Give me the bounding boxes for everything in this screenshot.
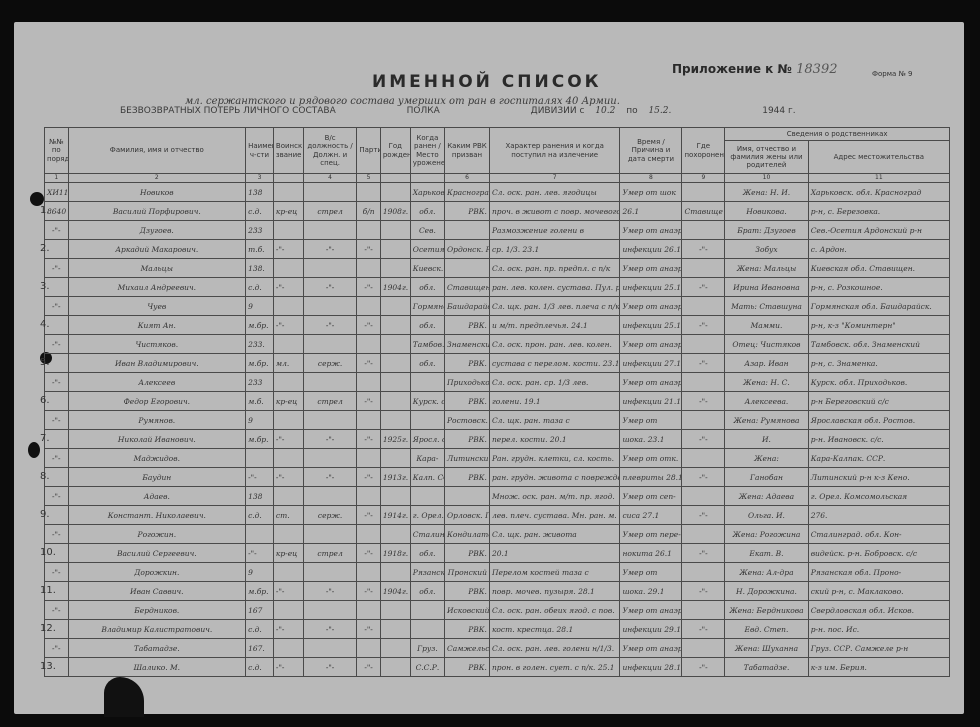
table-cell: -"- xyxy=(303,582,356,601)
table-cell: Мать: Ставшуна xyxy=(725,297,808,316)
table-cell: -"- xyxy=(303,316,356,335)
table-cell: инфекции 25.1 xyxy=(620,316,682,335)
table-cell xyxy=(273,411,303,430)
table-cell: Груз. ССР. Самжеле р-н xyxy=(808,639,949,658)
table-cell: ХИ1112 xyxy=(45,183,69,202)
table-cell: Умер от анаэр. xyxy=(620,297,682,316)
table-cell: шока. 29.1 xyxy=(620,582,682,601)
table-row: Иван Саввич.м.бр.-"--"--"-1904г.обл.РВК.… xyxy=(45,582,950,601)
table-cell: стрел xyxy=(303,544,356,563)
table-cell: Отец: Чистяков xyxy=(725,335,808,354)
punch-hole xyxy=(28,442,40,458)
table-cell: -"- xyxy=(45,525,69,544)
table-cell: -"- xyxy=(45,601,69,620)
table-cell: Жена: Шуханна xyxy=(725,639,808,658)
table-cell xyxy=(357,297,381,316)
table-cell: 26.1 xyxy=(620,202,682,221)
table-cell: 1918г. xyxy=(380,544,410,563)
table-cell: -"- xyxy=(273,430,303,449)
table-cell xyxy=(380,601,410,620)
table-cell xyxy=(380,297,410,316)
table-cell: -"- xyxy=(357,658,381,677)
table-cell: 9 xyxy=(246,297,274,316)
table-cell xyxy=(380,392,410,411)
annex-number: 18392 xyxy=(796,62,837,77)
col-header: Наимен. ч-сти xyxy=(246,128,274,174)
table-cell: Зобух xyxy=(725,240,808,259)
table-cell: -"- xyxy=(45,335,69,354)
col-header: №№ по порядку xyxy=(45,128,69,174)
table-cell: Брат: Дзугоев xyxy=(725,221,808,240)
table-cell: Умер от анаэр. xyxy=(620,373,682,392)
relatives-header: Сведения о родственниках xyxy=(725,128,950,141)
table-cell: инфекции 26.1 xyxy=(620,240,682,259)
table-cell: -"- xyxy=(246,468,274,487)
table-cell: кр-ец xyxy=(273,392,303,411)
table-cell: -"- xyxy=(682,354,725,373)
table-cell: м.бр. xyxy=(246,316,274,335)
table-cell: -"- xyxy=(357,506,381,525)
table-row: Кият Ан.м.бр.-"--"--"-обл.РВК.и м/т. пре… xyxy=(45,316,950,335)
table-cell: Сл. оск. ран. лев. голени н/1/3. xyxy=(489,639,620,658)
col-header: Воинск. звание xyxy=(273,128,303,174)
table-row: Иван Владимирович.м.бр.мл.серж.-"-обл.РВ… xyxy=(45,354,950,373)
table-row: -"-Бердников.167ИсковскийСл. оск. ран. о… xyxy=(45,601,950,620)
page-title: ИМЕННОЙ СПИСОК xyxy=(372,72,602,92)
table-cell xyxy=(273,335,303,354)
table-cell: плевриты 28.1 xyxy=(620,468,682,487)
col-header: Партийн. xyxy=(357,128,381,174)
table-cell: Иван Саввич. xyxy=(68,582,246,601)
table-cell: р-н, с. Знаменка. xyxy=(808,354,949,373)
table-cell: Красноград xyxy=(445,183,490,202)
table-cell: 1913г. xyxy=(380,468,410,487)
table-cell xyxy=(303,525,356,544)
table-cell: Самжельск. xyxy=(445,639,490,658)
table-row: -"-Мальцы138.Киевск.Сл. оск. ран. пр. пр… xyxy=(45,259,950,278)
table-cell: Сл. оск. ран. лев. ягодицы xyxy=(489,183,620,202)
table-row: Шалико. М.с.д.-"--"--"-С.С.Р.РВК.прон. в… xyxy=(45,658,950,677)
table-row: 8640Василий Порфирович.с.д.кр-ецстрелб/п… xyxy=(45,202,950,221)
table-cell: Дзугоев. xyxy=(68,221,246,240)
table-cell: -"- xyxy=(45,259,69,278)
table-cell xyxy=(380,411,410,430)
table-cell: И. xyxy=(725,430,808,449)
table-cell: 1904г. xyxy=(380,278,410,297)
table-cell: инфекции 28.1 xyxy=(620,658,682,677)
table-cell: видейск. р-н. Бобровск. с/с xyxy=(808,544,949,563)
table-cell xyxy=(357,259,381,278)
table-cell: -"- xyxy=(357,544,381,563)
table-cell: РВК. xyxy=(445,392,490,411)
table-cell: 233 xyxy=(246,373,274,392)
table-cell xyxy=(682,335,725,354)
table-cell xyxy=(380,240,410,259)
table-cell: голени. 19.1 xyxy=(489,392,620,411)
table-cell: Федор Егорович. xyxy=(68,392,246,411)
table-cell xyxy=(303,373,356,392)
table-cell xyxy=(682,449,725,468)
table-cell: Умер от шок xyxy=(620,183,682,202)
col-header: Каким РВК призван xyxy=(445,128,490,174)
table-cell xyxy=(357,335,381,354)
table-cell: проч. в живот с повр. мочевого xyxy=(489,202,620,221)
table-cell: Пронский xyxy=(445,563,490,582)
table-cell: -"- xyxy=(357,240,381,259)
table-cell: -"- xyxy=(682,620,725,639)
table-cell: -"- xyxy=(303,620,356,639)
table-cell: с.д. xyxy=(246,202,274,221)
table-cell: Перелом костей таза с xyxy=(489,563,620,582)
table-cell: Мальцы xyxy=(68,259,246,278)
table-cell xyxy=(682,411,725,430)
table-cell xyxy=(357,639,381,658)
table-cell xyxy=(682,297,725,316)
col-header: Время / Причина и дата смерти xyxy=(620,128,682,174)
table-cell: 20.1 xyxy=(489,544,620,563)
table-cell: Жена: Н. С. xyxy=(725,373,808,392)
table-cell: р-н Береговский с/с xyxy=(808,392,949,411)
table-cell: Харьков xyxy=(410,183,444,202)
table-row: Констант. Николаевич.с.д.ст.серж.-"-1914… xyxy=(45,506,950,525)
table-cell: -"- xyxy=(357,392,381,411)
table-cell: -"- xyxy=(682,278,725,297)
table-cell: -"- xyxy=(273,620,303,639)
col-header: Имя, отчество и фамилия жены или родител… xyxy=(725,141,808,174)
table-cell: Жена: Румянова xyxy=(725,411,808,430)
table-row: Николай Иванович.м.бр.-"--"--"-1925г.Яро… xyxy=(45,430,950,449)
table-row: -"-Табатадзе.167.Груз.Самжельск.Сл. оск.… xyxy=(45,639,950,658)
table-cell: 9 xyxy=(246,411,274,430)
table-cell: Аркадий Макарович. xyxy=(68,240,246,259)
table-cell: Ганобан xyxy=(725,468,808,487)
punch-hole xyxy=(30,192,44,206)
table-cell xyxy=(380,639,410,658)
table-cell: -"- xyxy=(273,582,303,601)
table-cell xyxy=(273,487,303,506)
table-cell xyxy=(682,183,725,202)
table-cell: Евд. Степ. xyxy=(725,620,808,639)
table-cell: Жена: Бердникова xyxy=(725,601,808,620)
annex-stamp: Приложение к № 18392 xyxy=(672,62,837,77)
row-number: 1. xyxy=(40,205,50,216)
table-cell: Кият Ан. xyxy=(68,316,246,335)
table-cell: Маджидов. xyxy=(68,449,246,468)
table-cell xyxy=(357,487,381,506)
table-cell: Владимир Калистратович. xyxy=(68,620,246,639)
table-cell xyxy=(303,297,356,316)
table-cell: Екат. В. xyxy=(725,544,808,563)
table-cell: обл. xyxy=(410,544,444,563)
table-cell: -"- xyxy=(45,411,69,430)
table-cell: р-н, с. Березовка. xyxy=(808,202,949,221)
table-cell: Умер от пере- xyxy=(620,525,682,544)
table-cell: обл. xyxy=(410,354,444,373)
table-cell xyxy=(303,335,356,354)
table-cell: 138. xyxy=(246,259,274,278)
table-cell: Сл. оск. ран. пр. предпл. с п/к xyxy=(489,259,620,278)
table-row: -"-Дорожкин.9Рязанск.ПронскийПерелом кос… xyxy=(45,563,950,582)
table-cell: повр. мочев. пузыря. 28.1 xyxy=(489,582,620,601)
table-cell: Размозжение голени в xyxy=(489,221,620,240)
table-row: Федор Егорович.м.б.кр-ецстрел-"-Курск. о… xyxy=(45,392,950,411)
table-cell: -"- xyxy=(682,430,725,449)
table-row: -"-Рогожин.Сталингр.КондилатскийСл. щк. … xyxy=(45,525,950,544)
table-cell: Орловск. ГВК xyxy=(445,506,490,525)
row-number: 12. xyxy=(40,623,56,634)
table-cell xyxy=(682,373,725,392)
table-cell: Ярославская обл. Ростов. xyxy=(808,411,949,430)
table-cell: -"- xyxy=(303,278,356,297)
table-row: ХИ1112Новиков138ХарьковКрасноградСл. оск… xyxy=(45,183,950,202)
row-number: 7. xyxy=(40,433,50,444)
table-cell xyxy=(273,259,303,278)
table-cell: -"- xyxy=(273,240,303,259)
table-cell xyxy=(273,601,303,620)
table-cell: -"- xyxy=(357,354,381,373)
table-cell: Курск. обл. xyxy=(410,392,444,411)
table-cell: инфекции 25.1 xyxy=(620,278,682,297)
table-cell: Ирина Ивановна xyxy=(725,278,808,297)
table-cell: Умер от xyxy=(620,411,682,430)
table-cell xyxy=(682,563,725,582)
table-cell: Свердловская обл. Исков. xyxy=(808,601,949,620)
table-cell: Харьковск. обл. Красноград xyxy=(808,183,949,202)
table-cell: Литинский xyxy=(445,449,490,468)
table-cell: м.бр. xyxy=(246,582,274,601)
table-cell: Ставищен.-"- xyxy=(445,278,490,297)
table-cell xyxy=(357,221,381,240)
table-cell: Литинский р-н к-з Кено. xyxy=(808,468,949,487)
col-header: Фамилия, имя и отчество xyxy=(68,128,246,174)
table-cell: -"- xyxy=(45,563,69,582)
table-cell xyxy=(357,373,381,392)
table-cell: -"- xyxy=(45,487,69,506)
table-row: -"-Адаев.138Множ. оск. ран. м/т. пр. яго… xyxy=(45,487,950,506)
col-header: Год рождения xyxy=(380,128,410,174)
table-cell: -"- xyxy=(45,639,69,658)
table-cell xyxy=(410,373,444,392)
table-cell: Рязанская обл. Проно- xyxy=(808,563,949,582)
table-cell: Рогожин. xyxy=(68,525,246,544)
table-cell: ран. грудн. живота с повреждением. 27.1 xyxy=(489,468,620,487)
table-cell: Сл. оск. ран. обеих ягод. с пов. xyxy=(489,601,620,620)
table-row: Владимир Калистратович.с.д.-"--"--"-РВК.… xyxy=(45,620,950,639)
table-cell: Жена: Н. И. xyxy=(725,183,808,202)
table-cell: -"- xyxy=(45,297,69,316)
table-cell: с.д. xyxy=(246,658,274,677)
table-cell xyxy=(380,335,410,354)
table-cell: Баудин xyxy=(68,468,246,487)
table-cell: Кара-Калпак. ССР. xyxy=(808,449,949,468)
table-cell: РВК. xyxy=(445,658,490,677)
table-cell xyxy=(303,411,356,430)
table-cell: г. Орел. xyxy=(410,506,444,525)
table-cell xyxy=(682,525,725,544)
table-cell: Дорожкин. xyxy=(68,563,246,582)
table-cell xyxy=(357,563,381,582)
table-cell: Гормянск. xyxy=(410,297,444,316)
table-cell xyxy=(380,354,410,373)
table-cell: р-н, к-з "Коминтерн" xyxy=(808,316,949,335)
table-cell: Новиков xyxy=(68,183,246,202)
col-header: Когда ранен / Место уроженец xyxy=(410,128,444,174)
table-cell: и м/т. предплечья. 24.1 xyxy=(489,316,620,335)
table-cell: РВК. xyxy=(445,544,490,563)
table-cell xyxy=(410,620,444,639)
table-cell: Умер от анаэр. xyxy=(620,259,682,278)
table-cell: инфекции 21.1 xyxy=(620,392,682,411)
table-cell xyxy=(357,449,381,468)
table-cell: Сталингр. xyxy=(410,525,444,544)
table-cell: -"- xyxy=(357,582,381,601)
table-cell: Осетия xyxy=(410,240,444,259)
table-cell: Киевская обл. Ставищен. xyxy=(808,259,949,278)
table-cell: Адаев. xyxy=(68,487,246,506)
table-cell xyxy=(380,259,410,278)
row-number: 2. xyxy=(40,243,50,254)
table-cell: инфекции 27.1 xyxy=(620,354,682,373)
table-cell: Ростовск. xyxy=(445,411,490,430)
table-cell: Ольга. И. xyxy=(725,506,808,525)
table-cell: Жена: Ал-дра xyxy=(725,563,808,582)
table-cell: р-н. пос. Ис. xyxy=(808,620,949,639)
table-cell: сустава с перелом. кости. 23.1 xyxy=(489,354,620,373)
row-number: 8. xyxy=(40,471,50,482)
table-cell: Мамми. xyxy=(725,316,808,335)
table-cell: -"- xyxy=(303,658,356,677)
table-cell xyxy=(303,601,356,620)
table-cell: 138 xyxy=(246,183,274,202)
table-cell: шока. 23.1 xyxy=(620,430,682,449)
table-row: -"-Румянов.9Ростовск.Сл. щк. ран. таза с… xyxy=(45,411,950,430)
table-cell: Знаменский xyxy=(445,335,490,354)
torn-edge xyxy=(104,677,144,717)
table-cell: стрел xyxy=(303,392,356,411)
table-cell: Сл. щк. ран. таза с xyxy=(489,411,620,430)
table-cell: РВК. xyxy=(445,354,490,373)
table-cell xyxy=(380,449,410,468)
row-number: 5. xyxy=(40,357,50,368)
table-cell: -"- xyxy=(682,658,725,677)
table-cell xyxy=(380,316,410,335)
table-cell xyxy=(246,525,274,544)
table-cell: -"- xyxy=(45,221,69,240)
table-cell: Ран. грудн. клетки, сл. кость. xyxy=(489,449,620,468)
table-cell: 233. xyxy=(246,335,274,354)
table-row: Михаил Андреевич.с.д.-"--"--"-1904г.обл.… xyxy=(45,278,950,297)
table-cell: Груз. xyxy=(410,639,444,658)
table-cell: Жена: Рогожина xyxy=(725,525,808,544)
table-cell: ст. xyxy=(273,506,303,525)
table-cell: Исковский xyxy=(445,601,490,620)
table-cell: Михаил Андреевич. xyxy=(68,278,246,297)
table-cell: -"- xyxy=(682,506,725,525)
table-cell: -"- xyxy=(303,468,356,487)
table-cell xyxy=(246,449,274,468)
table-cell: Сев.-Осетия Ардонский р-н xyxy=(808,221,949,240)
table-cell: -"- xyxy=(357,468,381,487)
table-cell: -"- xyxy=(682,544,725,563)
table-cell: кр-ец xyxy=(273,202,303,221)
table-cell: Рязанск. xyxy=(410,563,444,582)
table-cell: 1908г. xyxy=(380,202,410,221)
table-cell: Сталинград. обл. Кон- xyxy=(808,525,949,544)
table-row: Баудин-"--"--"--"-1913г.Калп. ССР.РВК.ра… xyxy=(45,468,950,487)
table-cell: м.б. xyxy=(246,392,274,411)
table-cell xyxy=(357,525,381,544)
table-cell: -"- xyxy=(357,278,381,297)
table-cell xyxy=(303,487,356,506)
table-cell: 138 xyxy=(246,487,274,506)
table-cell: Приходьков. xyxy=(445,373,490,392)
table-cell xyxy=(273,525,303,544)
table-cell: -"- xyxy=(357,316,381,335)
table-cell: Чуев xyxy=(68,297,246,316)
table-cell xyxy=(303,563,356,582)
casualty-table: №№ по порядку Фамилия, имя и отчество На… xyxy=(44,127,950,677)
table-cell: -"- xyxy=(303,240,356,259)
table-cell: Алексеев xyxy=(68,373,246,392)
table-cell: -"- xyxy=(682,392,725,411)
table-cell xyxy=(682,639,725,658)
table-cell: Табатадзе. xyxy=(725,658,808,677)
table-cell: -"- xyxy=(682,582,725,601)
table-cell: ран. лев. колен. сустава. Пул. ран. xyxy=(489,278,620,297)
col-header: В/с должность / Должн. и спец. xyxy=(303,128,356,174)
table-cell: -"- xyxy=(45,449,69,468)
table-cell: Сев. xyxy=(410,221,444,240)
table-cell xyxy=(357,411,381,430)
table-cell xyxy=(445,221,490,240)
table-row: Василий Сергеевич.-"-кр-ецстрел-"-1918г.… xyxy=(45,544,950,563)
table-cell: кр-ец xyxy=(273,544,303,563)
table-cell: Умер от анаэр. xyxy=(620,221,682,240)
table-cell xyxy=(682,221,725,240)
table-cell: РВК. xyxy=(445,620,490,639)
table-cell xyxy=(380,658,410,677)
table-cell: инфекции 29.1 xyxy=(620,620,682,639)
table-cell xyxy=(303,639,356,658)
table-cell xyxy=(410,601,444,620)
table-cell: 276. xyxy=(808,506,949,525)
table-cell xyxy=(380,183,410,202)
table-cell: Шалико. М. xyxy=(68,658,246,677)
table-cell: ский р-н, с. Маклаково. xyxy=(808,582,949,601)
table-cell: 1925г. xyxy=(380,430,410,449)
table-cell: Башдарайск. xyxy=(445,297,490,316)
table-cell: Сл. щк. ран. 1/3 лев. плеча с п/к xyxy=(489,297,620,316)
table-cell: Новикова. xyxy=(725,202,808,221)
table-cell xyxy=(410,411,444,430)
table-cell: стрел xyxy=(303,202,356,221)
table-row: -"-Чуев9Гормянск.Башдарайск.Сл. щк. ран.… xyxy=(45,297,950,316)
subtitle-printed: БЕЗВОЗВРАТНЫХ ПОТЕРЬ ЛИЧНОГО СОСТАВА ПОЛ… xyxy=(120,106,804,116)
table-cell: Умер от анаэр. xyxy=(620,639,682,658)
table-cell: Умер от анаэр. xyxy=(620,601,682,620)
table-cell xyxy=(380,563,410,582)
table-cell: Иван Владимирович. xyxy=(68,354,246,373)
row-number: 6. xyxy=(40,395,50,406)
table-cell: м.бр. xyxy=(246,430,274,449)
table-cell: Табатадзе. xyxy=(68,639,246,658)
table-cell: Кондилатский xyxy=(445,525,490,544)
table-cell: прон. в голен. сует. с п/к. 25.1 xyxy=(489,658,620,677)
table-cell: -"- xyxy=(682,240,725,259)
table-cell: 167 xyxy=(246,601,274,620)
table-cell: Николай Иванович. xyxy=(68,430,246,449)
table-cell: -"- xyxy=(246,544,274,563)
